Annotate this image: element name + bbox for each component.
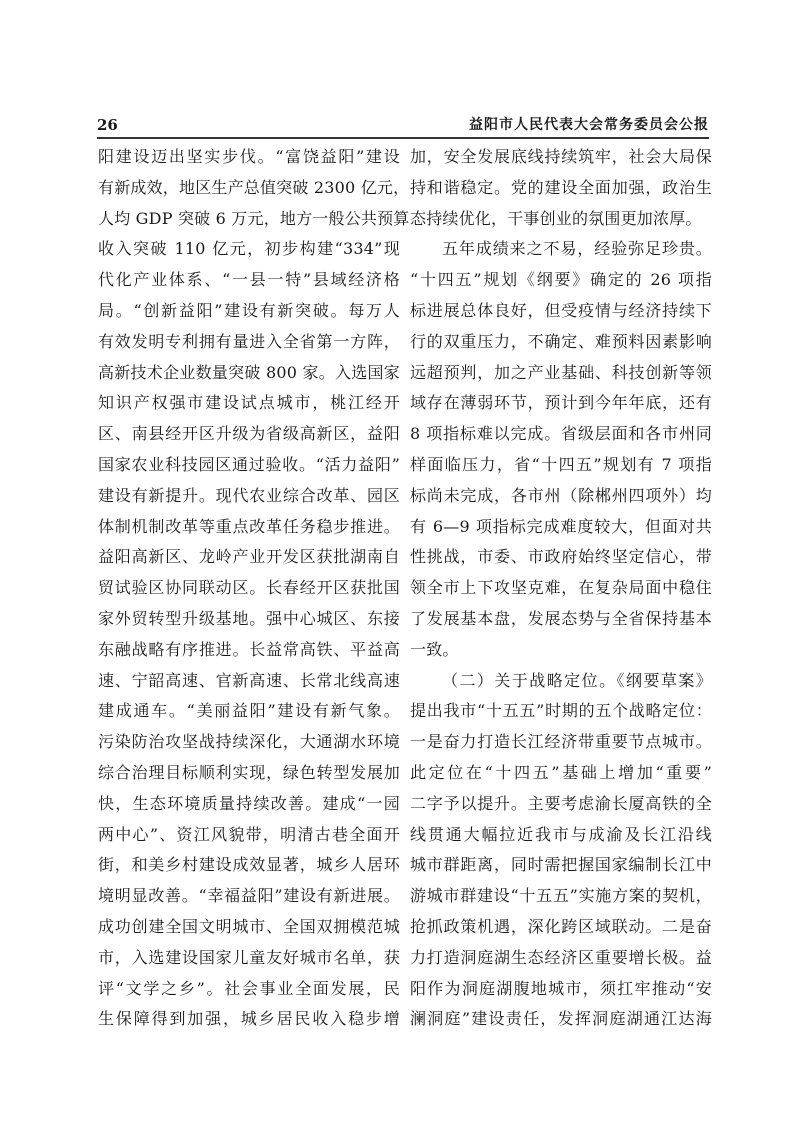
text-line: 二字予以提升。主要考虑渝长厦高铁的全 <box>410 789 712 820</box>
right-column: 加，安全发展底线持续筑牢，社会大局保 持和谐稳定。党的建设全面加强，政治生 态持… <box>410 142 712 1035</box>
text-line: 益阳高新区、龙岭产业开发区获批湖南自 <box>98 542 400 573</box>
text-line: 加，安全发展底线持续筑牢，社会大局保 <box>410 142 712 173</box>
text-line: 区、南县经开区升级为省级高新区，益阳 <box>98 419 400 450</box>
text-line: 速、宁韶高速、官新高速、长常北线高速 <box>98 666 400 697</box>
text-line: 此定位在“十四五”基础上增加“重要” <box>410 758 712 789</box>
text-line: 阳作为洞庭湖腹地城市，须扛牢推动“安 <box>410 974 712 1005</box>
text-line: 行的双重压力，不确定、难预料因素影响 <box>410 327 712 358</box>
text-line: 游城市群建设“十五五”实施方案的契机， <box>410 881 712 912</box>
text-line: 8 项指标难以完成。省级层面和各市州同 <box>410 419 712 450</box>
text-line: 域存在薄弱环节，预计到今年年底，还有 <box>410 388 712 419</box>
text-line: 有效发明专利拥有量进入全省第一方阵， <box>98 327 400 358</box>
text-line: 城市群距离，同时需把握国家编制长江中 <box>410 850 712 881</box>
text-line: 知识产权强市建设试点城市，桃江经开 <box>98 388 400 419</box>
text-line: 标尚未完成，各市州（除郴州四项外）均 <box>410 481 712 512</box>
text-line: 一致。 <box>410 635 712 666</box>
text-line: 建设有新提升。现代农业综合改革、园区 <box>98 481 400 512</box>
text-line: 两中心”、资江风貌带，明清古巷全面开 <box>98 820 400 851</box>
text-line: 样面临压力，省“十四五”规划有 7 项指 <box>410 450 712 481</box>
left-column: 阳建设迈出坚实步伐。“富饶益阳”建设 有新成效，地区生产总值突破 2300 亿元… <box>98 142 400 1035</box>
text-line: 澜洞庭”建设责任，发挥洞庭湖通江达海 <box>410 1004 712 1035</box>
text-line: 抢抓政策机遇，深化跨区域联动。二是奋 <box>410 912 712 943</box>
journal-title: 益阳市人民代表大会常务委员会公报 <box>469 116 709 134</box>
text-line: 高新技术企业数量突破 800 家。入选国家 <box>98 358 400 389</box>
text-line: 线贯通大幅拉近我市与成渝及长江沿线 <box>410 820 712 851</box>
text-line: 贸试验区协同联动区。长春经开区获批国 <box>98 573 400 604</box>
text-line: 有 6—9 项指标完成难度较大，但面对共 <box>410 512 712 543</box>
text-line: 阳建设迈出坚实步伐。“富饶益阳”建设 <box>98 142 400 173</box>
text-line: 收入突破 110 亿元，初步构建“334”现 <box>98 234 400 265</box>
text-line: 污染防治攻坚战持续深化，大通湖水环境 <box>98 727 400 758</box>
text-line: 提出我市“十五五”时期的五个战略定位： <box>410 696 712 727</box>
text-line: 领全市上下攻坚克难，在复杂局面中稳住 <box>410 573 712 604</box>
section-heading-line: （二）关于战略定位。《纲要草案》 <box>410 666 712 697</box>
text-line: 态持续优化，干事创业的氛围更加浓厚。 <box>410 204 712 235</box>
text-line: 体制机制改革等重点改革任务稳步推进。 <box>98 512 400 543</box>
text-line: 评“文学之乡”。社会事业全面发展，民 <box>98 974 400 1005</box>
text-line: “十四五”规划《纲要》确定的 26 项指 <box>410 265 712 296</box>
text-line: 性挑战，市委、市政府始终坚定信心，带 <box>410 542 712 573</box>
text-line: 国家农业科技园区通过验收。“活力益阳” <box>98 450 400 481</box>
text-line: 人均 GDP 突破 6 万元，地方一般公共预算 <box>98 204 400 235</box>
text-line: 一是奋力打造长江经济带重要节点城市。 <box>410 727 712 758</box>
text-line: 成功创建全国文明城市、全国双拥模范城 <box>98 912 400 943</box>
text-line: 境明显改善。“幸福益阳”建设有新进展。 <box>98 881 400 912</box>
paragraph-start-line: 五年成绩来之不易，经验弥足珍贵。 <box>410 234 712 265</box>
text-line: 建成通车。“美丽益阳”建设有新气象。 <box>98 696 400 727</box>
text-line: 市，入选建设国家儿童友好城市名单，获 <box>98 943 400 974</box>
text-line: 家外贸转型升级基地。强中心城区、东接 <box>98 604 400 635</box>
text-line: 有新成效，地区生产总值突破 2300 亿元， <box>98 173 400 204</box>
text-line: 快，生态环境质量持续改善。建成“一园 <box>98 789 400 820</box>
text-line: 东融战略有序推进。长益常高铁、平益高 <box>98 635 400 666</box>
text-line: 了发展基本盘，发展态势与全省保持基本 <box>410 604 712 635</box>
text-line: 远超预判，加之产业基础、科技创新等领 <box>410 358 712 389</box>
text-line: 标进展总体良好，但受疫情与经济持续下 <box>410 296 712 327</box>
text-line: 生保障得到加强，城乡居民收入稳步增 <box>98 1004 400 1035</box>
text-line: 街，和美乡村建设成效显著，城乡人居环 <box>98 850 400 881</box>
text-line: 代化产业体系、“一县一特”县域经济格 <box>98 265 400 296</box>
text-line: 力打造洞庭湖生态经济区重要增长极。益 <box>410 943 712 974</box>
page-number: 26 <box>97 116 118 134</box>
page-header: 26 益阳市人民代表大会常务委员会公报 <box>97 116 709 136</box>
text-line: 局。“创新益阳”建设有新突破。每万人 <box>98 296 400 327</box>
text-line: 综合治理目标顺利实现，绿色转型发展加 <box>98 758 400 789</box>
header-rule <box>97 137 709 139</box>
text-line: 持和谐稳定。党的建设全面加强，政治生 <box>410 173 712 204</box>
